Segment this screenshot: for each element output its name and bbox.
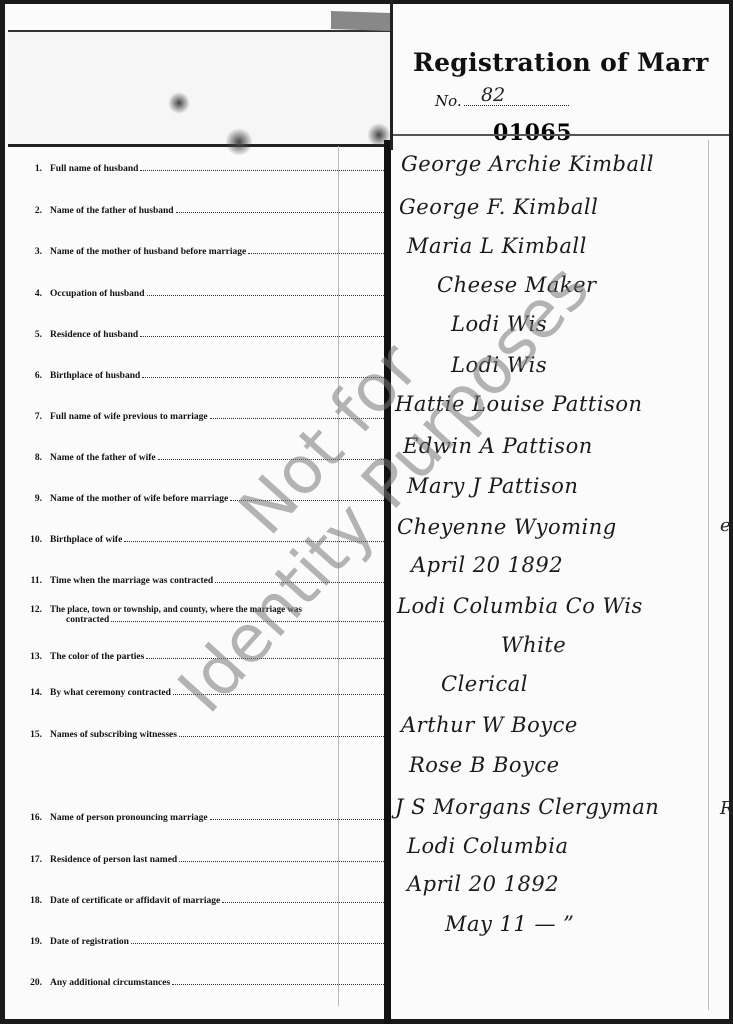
value-ceremony: Clerical — [441, 672, 528, 696]
value-marriage-time: April 20 1892 — [411, 553, 563, 577]
value-husband-name: George Archie Kimball — [401, 152, 654, 176]
field-label-17: 17.Residence of person last named — [8, 855, 384, 865]
field-label-15: 15.Names of subscribing witnesses — [8, 730, 384, 740]
document-scan: 1.Full name of husband 2.Name of the fat… — [0, 0, 733, 1024]
scan-border-right — [729, 0, 733, 1024]
stain — [168, 92, 190, 114]
margin-mark-e: e — [720, 515, 731, 536]
field-label-9: 9.Name of the mother of wife before marr… — [8, 494, 384, 504]
value-wife-name: Hattie Louise Pattison — [395, 392, 643, 416]
field-label-13: 13.The color of the parties — [8, 652, 384, 662]
registration-number-value: 82 — [481, 84, 505, 106]
field-label-20: 20.Any additional circumstances — [8, 978, 384, 988]
value-husband-residence: Lodi Wis — [451, 312, 547, 336]
paper-tab — [331, 11, 391, 31]
field-label-4: 4.Occupation of husband — [8, 289, 384, 299]
field-label-7: 7.Full name of wife previous to marriage — [8, 412, 384, 422]
stamp-number: 01065 — [493, 120, 572, 146]
value-witness-2: Rose B Boyce — [409, 753, 560, 777]
field-label-1: 1.Full name of husband — [8, 164, 384, 174]
value-wife-mother: Mary J Pattison — [407, 474, 578, 498]
field-label-19: 19.Date of registration — [8, 937, 384, 947]
field-label-10: 10.Birthplace of wife — [8, 535, 384, 545]
margin-mark-r: R — [720, 798, 733, 819]
value-officiant-residence: Lodi Columbia — [407, 834, 568, 858]
field-label-3: 3.Name of the mother of husband before m… — [8, 247, 384, 257]
field-label-5: 5.Residence of husband — [8, 330, 384, 340]
value-wife-father: Edwin A Pattison — [403, 434, 593, 458]
field-label-8: 8.Name of the father of wife — [8, 453, 384, 463]
folded-paper-flap — [8, 30, 393, 147]
value-color: White — [501, 633, 566, 657]
scan-border-left — [0, 0, 5, 1024]
value-husband-mother: Maria L Kimball — [407, 234, 587, 258]
value-husband-father: George F. Kimball — [399, 195, 598, 219]
value-wife-birthplace: Cheyenne Wyoming — [397, 515, 617, 539]
field-label-6: 6.Birthplace of husband — [8, 371, 384, 381]
value-husband-birthplace: Lodi Wis — [451, 353, 547, 377]
value-witness-1: Arthur W Boyce — [401, 713, 578, 737]
field-label-12: 12.The place, town or township, and coun… — [8, 604, 384, 625]
field-label-2: 2.Name of the father of husband — [8, 206, 384, 216]
value-husband-occupation: Cheese Maker — [437, 273, 597, 297]
header-rule — [393, 134, 729, 136]
form-labels-column: 1.Full name of husband 2.Name of the fat… — [8, 146, 384, 1016]
field-label-14: 14.By what ceremony contracted — [8, 688, 384, 698]
faint-rule — [708, 140, 709, 1010]
field-label-11: 11.Time when the marriage was contracted — [8, 576, 384, 586]
field-label-16: 16.Name of person pronouncing marriage — [8, 813, 384, 823]
column-divider — [384, 140, 391, 1024]
field-label-18: 18.Date of certificate or affidavit of m… — [8, 896, 384, 906]
document-title: Registration of Marr — [413, 48, 709, 77]
value-marriage-place: Lodi Columbia Co Wis — [397, 594, 643, 618]
value-registration-date: May 11 — ” — [445, 912, 574, 936]
value-officiant: J S Morgans Clergyman — [395, 795, 659, 819]
value-certificate-date: April 20 1892 — [407, 872, 559, 896]
entries-column: Registration of Marr No. 82 01065 George… — [393, 0, 729, 1020]
